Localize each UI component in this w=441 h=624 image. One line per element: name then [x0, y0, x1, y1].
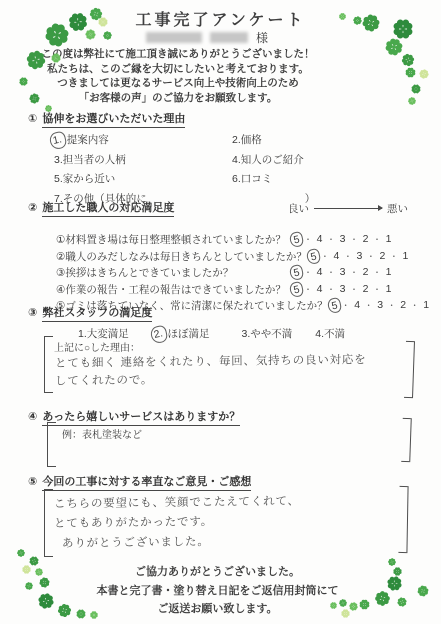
q5-title: 今回の工事に対する率直なご意見・ご感想 [42, 476, 251, 491]
q1-option-3[interactable]: 3.担当者の人柄 [54, 152, 232, 167]
option-label: 価格 [241, 134, 262, 146]
rating-4[interactable]: 4 [330, 249, 343, 264]
dot-separator: ・ [349, 284, 359, 295]
q3-title: 弊社スタッフの満足度 [42, 307, 152, 322]
q1-title: 協伸をお選びいただいた理由 [42, 113, 185, 128]
rating-1[interactable]: 1 [382, 265, 395, 280]
question-label: ④作業の報告・工程の報告はできていましたか？ [56, 282, 290, 297]
option-label: 知人のご紹介 [241, 154, 304, 166]
survey-page: 工事完了アンケート 様 この度は弊社にて施工頂き誠にありがとうございました！ 私… [0, 0, 441, 624]
clover-icon [415, 583, 431, 599]
clover-icon [340, 608, 351, 619]
option-label: 家から近い [63, 173, 116, 185]
section-q3-staff-satisfaction: ③弊社スタッフの満足度 1.大変満足 2.ほぼ満足 3.やや不満 4.不満 上記… [28, 304, 433, 341]
q1-option-5[interactable]: 5.家から近い [54, 171, 232, 186]
rating-3[interactable]: 3 [336, 282, 349, 297]
intro-text: この度は弊社にて施工頂き誠にありがとうございました！ 私たちは、このご縁を大切に… [20, 47, 336, 105]
clover-icon [40, 18, 75, 53]
q1-options: 1.提案内容 2.価格 3.担当者の人柄 4.知人のご紹介 5.家から近い 6.… [54, 132, 433, 206]
dot-separator: ・ [303, 284, 313, 295]
rating-scale[interactable]: 5・4・3・2・1 [290, 232, 395, 247]
answer-bracket-left [47, 422, 57, 467]
rating-scale[interactable]: 5・4・3・2・1 [290, 265, 395, 280]
q1-option-4[interactable]: 4.知人のご紹介 [232, 152, 433, 167]
answer-bracket-right [400, 418, 412, 462]
rating-scale[interactable]: 5・4・3・2・1 [290, 282, 395, 297]
q3-option-4[interactable]: 4.不満 [315, 326, 345, 341]
dot-separator: ・ [303, 267, 313, 278]
option-number: 3. [242, 328, 251, 340]
q1-heading: ①協伸をお選びいただいた理由 [28, 110, 433, 126]
q4-title: あったら嬉しいサービスはありますか？ [42, 411, 240, 426]
q2-number: ② [28, 202, 37, 214]
clover-icon [416, 66, 432, 82]
handwritten-reason-line: とても細く 連絡をくれたり、毎回、気持ちの良い対応を [55, 351, 367, 371]
rating-4[interactable]: 4 [313, 265, 326, 280]
dot-separator: ・ [349, 234, 359, 245]
dot-separator: ・ [389, 251, 399, 262]
q2-question-rows: ①材料置き場は毎日整理整頓されていましたか？ 5・4・3・2・1 ②職人のみだし… [28, 234, 433, 312]
option-number: 6. [232, 173, 241, 185]
intro-line: 私たちは、このご縁を大切にしたいと考えております。 [20, 62, 336, 77]
dot-separator: ・ [320, 251, 330, 262]
q2-row-2: ②職人のみだしなみは毎日きちんとしていましたか？ 5・4・3・2・1 [28, 251, 433, 263]
option-label: 口コミ [241, 173, 273, 185]
option-number: 2. [232, 134, 241, 146]
rating-1[interactable]: 1 [399, 249, 412, 264]
rating-4[interactable]: 4 [313, 232, 326, 247]
scale-bad-label: 悪い [387, 201, 408, 216]
option-number: 3. [54, 154, 63, 166]
dot-separator: ・ [326, 234, 336, 245]
clover-icon [406, 95, 418, 107]
option-number: 2. [149, 325, 168, 345]
q3-option-3[interactable]: 3.やや不満 [242, 326, 293, 341]
section-q5-comments: ⑤今回の工事に対する率直なご意見・ご感想 こちらの要望にも、笑顔でこたえてくれて… [28, 473, 433, 489]
rating-1[interactable]: 1 [382, 282, 395, 297]
clover-icon [404, 66, 417, 79]
rating-2[interactable]: 2 [376, 249, 389, 264]
section-q1-reason: ①協伸をお選びいただいた理由 1.提案内容 2.価格 3.担当者の人柄 4.知人… [28, 110, 433, 206]
clover-icon [89, 610, 99, 620]
q1-option-2[interactable]: 2.価格 [232, 132, 433, 147]
dot-separator: ・ [372, 234, 382, 245]
intro-line: 「お客様の声」のご協力をお願致します。 [20, 91, 336, 106]
q2-row-3: ③挨拶はきちんとできていましたか？ 5・4・3・2・1 [28, 267, 433, 279]
q1-option-6[interactable]: 6.口コミ [232, 171, 433, 186]
q3-heading: ③弊社スタッフの満足度 [28, 304, 433, 320]
question-label: ③挨拶はきちんとできていましたか？ [56, 265, 290, 280]
dot-separator: ・ [326, 267, 336, 278]
q1-number: ① [28, 113, 37, 125]
q4-example-text: 例：表札塗装など [62, 426, 142, 441]
handwritten-reason-line: してくれたので。 [55, 371, 153, 388]
q2-row-1: ①材料置き場は毎日整理整頓されていましたか？ 5・4・3・2・1 [28, 234, 433, 246]
q3-number: ③ [28, 307, 37, 319]
section-q4-desired-services: ④あったら嬉しいサービスはありますか？ 例：表札塗装など [28, 408, 433, 424]
footer-line: ご協力ありがとうございました。 [5, 563, 430, 582]
clover-icon [97, 16, 109, 28]
option-number: 4. [315, 328, 324, 340]
customer-name-row: 様 [146, 30, 268, 44]
rating-2[interactable]: 2 [359, 232, 372, 247]
redacted-name-part [210, 32, 248, 43]
name-suffix: 様 [256, 29, 268, 46]
clover-icon [358, 10, 385, 37]
q1-option-1[interactable]: 1.提案内容 [54, 132, 232, 147]
q5-heading: ⑤今回の工事に対する率直なご意見・ご感想 [28, 473, 433, 489]
option-label: やや不満 [250, 328, 292, 340]
clover-icon [15, 547, 28, 560]
reason-label: 上記に○した理由： [54, 339, 140, 354]
q4-heading: ④あったら嬉しいサービスはありますか？ [28, 408, 433, 424]
q5-number: ⑤ [28, 476, 37, 488]
answer-bracket-left [44, 489, 54, 557]
rating-1[interactable]: 1 [382, 232, 395, 247]
dot-separator: ・ [343, 251, 353, 262]
dot-separator: ・ [349, 267, 359, 278]
dot-separator: ・ [372, 267, 382, 278]
handwritten-comment-line: とてもありがたかったです。 [54, 513, 213, 531]
option-label: 不満 [324, 328, 345, 340]
rating-4[interactable]: 4 [313, 282, 326, 297]
question-label: ①材料置き場は毎日整理整頓されていましたか？ [56, 232, 290, 247]
dot-separator: ・ [326, 284, 336, 295]
q3-option-2[interactable]: 2.ほぼ満足 [155, 326, 210, 341]
clover-icon [21, 564, 32, 575]
redacted-name-part [146, 32, 202, 43]
question-label: ②職人のみだしなみは毎日きちんとしていましたか？ [56, 249, 307, 264]
rating-2[interactable]: 2 [359, 265, 372, 280]
rating-3[interactable]: 3 [353, 249, 366, 264]
answer-bracket-right [403, 341, 415, 398]
q2-title: 施工した職人の対応満足度 [42, 202, 174, 217]
q2-row-4: ④作業の報告・工程の報告はできていましたか？ 5・4・3・2・1 [28, 284, 433, 296]
option-number: 1. [48, 131, 67, 151]
rating-3[interactable]: 3 [336, 265, 349, 280]
option-label: 担当者の人柄 [63, 154, 126, 166]
scale-header: 良い 悪い [288, 201, 408, 216]
intro-line: つきましては更なるサービス向上や技術向上のため [20, 76, 336, 91]
dot-separator: ・ [372, 284, 382, 295]
option-label: ほぼ満足 [168, 328, 210, 340]
option-label: 提案内容 [67, 134, 109, 146]
option-number: 5. [54, 173, 63, 185]
answer-bracket-right [397, 486, 408, 553]
section-q2-craftsman-satisfaction: ②施工した職人の対応満足度 良い 悪い ①材料置き場は毎日整理整頓されていました… [28, 199, 433, 312]
clover-icon [50, 52, 62, 64]
scale-good-label: 良い [288, 201, 309, 216]
handwritten-comment-line: ありがとうございました。 [62, 533, 210, 551]
option-number: 4. [232, 154, 241, 166]
answer-bracket-left [44, 336, 54, 393]
rating-2[interactable]: 2 [359, 282, 372, 297]
good-to-bad-arrow-icon [314, 208, 382, 209]
rating-scale[interactable]: 5・4・3・2・1 [307, 249, 412, 264]
clover-icon [100, 28, 115, 43]
dot-separator: ・ [366, 251, 376, 262]
rating-3[interactable]: 3 [336, 232, 349, 247]
clover-icon [338, 12, 347, 21]
handwritten-comment-line: こちらの要望にも、笑顔でこたえてくれて、 [54, 492, 300, 511]
q4-number: ④ [28, 411, 37, 423]
dot-separator: ・ [303, 234, 313, 245]
